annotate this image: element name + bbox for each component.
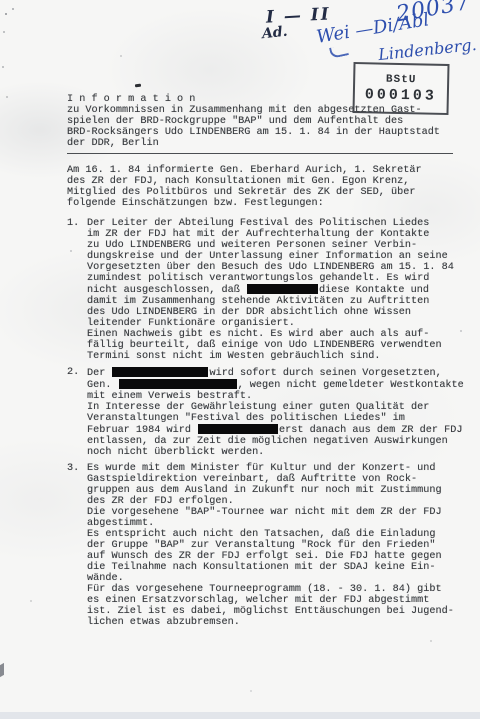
document-line: mit einem Verweis bestraft. <box>87 391 464 402</box>
document-line: fällig beurteilt, daß einige von Udo LIN… <box>87 340 454 351</box>
paraph-mark <box>329 44 349 59</box>
item-number: 3. <box>67 463 87 628</box>
document-line: wände. <box>87 573 454 584</box>
document-line: BRD-Rocksängers Udo LINDENBERG am 15. 1.… <box>67 127 453 138</box>
document-body: I n f o r m a t i o nzu Vorkommnissen in… <box>67 94 453 633</box>
document-line: noch nicht überblickt werden. <box>87 447 464 458</box>
item-lines: Es wurde mit dem Minister für Kultur und… <box>87 463 454 628</box>
document-intro-paragraph: Am 16. 1. 84 informierte Gen. Eberhard A… <box>67 165 453 209</box>
handwritten-lindenberg-note: Lindenberg. <box>377 35 477 64</box>
document-line: auf Wunsch des ZR der FDJ erfolgt sei. D… <box>87 551 454 562</box>
numbered-item-1: 1.Der Leiter der Abteilung Festival des … <box>67 218 453 362</box>
stray-ink-mark <box>135 84 141 88</box>
document-line: es einen Ersatzvorschlag, welcher mit de… <box>87 595 454 606</box>
document-line: nicht ausgeschlossen, daß diese Kontakte… <box>87 284 454 296</box>
scan-edge-mark <box>0 663 4 677</box>
item-number: 1. <box>67 218 87 362</box>
document-line: ist. Ziel ist es dabei, möglichst Enttäu… <box>87 606 454 617</box>
document-line: entlassen, da zur Zeit die möglichen neg… <box>87 436 464 447</box>
document-line: spielen der BRD-Rockgruppe "BAP" und dem… <box>67 116 453 127</box>
document-title-block: I n f o r m a t i o nzu Vorkommnissen in… <box>67 94 453 154</box>
document-line: Es wurde mit dem Minister für Kultur und… <box>87 463 454 474</box>
document-line: Am 16. 1. 84 informierte Gen. Eberhard A… <box>67 165 453 176</box>
document-line: die Teilnahme nach Konsultationen mit de… <box>87 562 454 573</box>
document-line: damit im Zusammenhang stehende Aktivität… <box>87 296 454 307</box>
scan-speckles <box>0 0 2 2</box>
item-number: 2. <box>67 367 87 458</box>
document-line: abgestimmt. <box>87 518 454 529</box>
document-line: im ZR der FDJ hat mit der Aufrechterhalt… <box>87 229 454 240</box>
document-line: der Gruppe "BAP" zur Veranstaltung "Rock… <box>87 540 454 551</box>
document-line: Mitglied des Politbüros und Sekretär des… <box>67 187 453 198</box>
document-line: Der wird sofort durch seinen Vorgesetzte… <box>87 367 464 379</box>
document-line: Einen Nachweis gibt es nicht. Es wird ab… <box>87 329 454 340</box>
document-line: Für das vorgesehene Tourneeprogramm (18.… <box>87 584 454 595</box>
redaction-bar <box>247 284 318 294</box>
document-line: Vorgesetzten über den Besuch des Udo LIN… <box>87 262 454 273</box>
redaction-bar <box>119 379 237 389</box>
document-line: Gastspieldirektion vereinbart, daß Auftr… <box>87 474 454 485</box>
item-lines: Der wird sofort durch seinen Vorgesetzte… <box>87 367 464 458</box>
stamp-agency-label: BStU <box>386 73 417 87</box>
document-line: Termini sonst nicht im Westen gebräuchli… <box>87 351 454 362</box>
document-line: lichen etwas abzubremsen. <box>87 617 454 628</box>
document-line: leitender Funktionäre organisiert. <box>87 318 454 329</box>
document-line: der DDR, Berlin <box>67 138 453 154</box>
scanned-document-page: I — II Ad. 20037 Wei —Di/Abl Lindenberg.… <box>0 0 480 719</box>
document-line: Februar 1984 wird erst danach aus dem ZR… <box>87 424 464 436</box>
document-line: Die vorgesehene "BAP"-Tournee war nicht … <box>87 507 454 518</box>
document-line: In Interesse der Gewährleistung einer gu… <box>87 402 464 413</box>
item-lines: Der Leiter der Abteilung Festival des Po… <box>87 218 454 362</box>
redaction-bar <box>198 424 278 434</box>
document-line: dungskreise und der Unterlassung einer I… <box>87 251 454 262</box>
document-line: des ZR der FDJ erfolgen. <box>87 496 454 507</box>
redaction-bar <box>112 367 208 377</box>
handwritten-ad-mark: Ad. <box>261 24 288 43</box>
document-line: I n f o r m a t i o n <box>67 94 453 105</box>
numbered-item-2: 2.Der wird sofort durch seinen Vorgesetz… <box>67 367 453 458</box>
document-line: Gen. , wegen nicht gemeldeter Westkontak… <box>87 379 464 391</box>
document-line: zumindest politisch verantwortungslos ge… <box>87 273 454 284</box>
document-line: folgende Einschätzungen bzw. Festlegunge… <box>67 198 453 209</box>
document-line: gruppen aus dem Ausland in Zukunft nur n… <box>87 485 454 496</box>
numbered-item-3: 3.Es wurde mit dem Minister für Kultur u… <box>67 463 453 628</box>
document-line: Veranstaltungen "Festival des politische… <box>87 413 464 424</box>
document-line: Der Leiter der Abteilung Festival des Po… <box>87 218 454 229</box>
document-line: Es entspricht auch nicht den Tatsachen, … <box>87 529 454 540</box>
document-line: des ZR der FDJ, nach Konsultationen mit … <box>67 176 453 187</box>
document-line: des Udo LINDENBERG in der DDR absichtlic… <box>87 307 454 318</box>
document-line: zu Vorkommnissen in Zusammenhang mit den… <box>67 105 453 116</box>
scan-bottom-edge <box>0 712 480 719</box>
document-line: zu Udo LINDENBERG und weiteren Personen … <box>87 240 454 251</box>
